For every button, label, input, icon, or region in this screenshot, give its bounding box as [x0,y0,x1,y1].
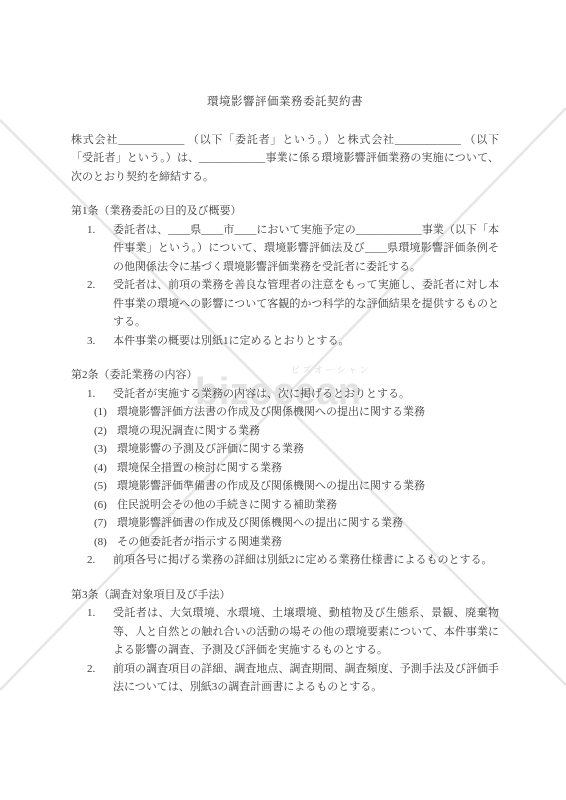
document-title: 環境影響評価業務委託契約書 [71,0,499,112]
article-3-heading: 第3条（調査対象項目及び手法） [71,586,499,605]
item-text: 本件事業の概要は別紙1に定めるとおりとする。 [113,332,499,351]
subitem-number: (7) [94,514,117,533]
article-2-subitem-6: (6) 住民説明会その他の手続きに関する補助業務 [71,496,499,515]
item-number: 1. [87,385,113,404]
article-1-heading: 第1条（業務委託の目的及び概要） [71,202,499,221]
article-2-subitem-3: (3) 環境影響の予測及び評価に関する業務 [71,440,499,459]
article-2-subitem-4: (4) 環境保全措置の検討に関する業務 [71,459,499,478]
subitem-number: (5) [94,477,117,496]
article-2-heading: 第2条（委託業務の内容） [71,366,499,385]
item-text: 受託者は、前項の業務を善良な管理者の注意をもって実施し、委託者に対し本件事業の環… [113,276,499,332]
subitem-number: (2) [94,422,117,441]
item-text: 前項の調査項目の詳細、調査地点、調査期間、調査頻度、予測手法及び評価手法について… [113,660,499,697]
subitem-text: 環境の現況調査に関する業務 [117,422,499,441]
subitem-text: その他委託者が指示する関連業務 [117,533,499,552]
article-2-subitem-5: (5) 環境影響評価準備書の作成及び関係機関への提出に関する業務 [71,477,499,496]
intro-paragraph: 株式会社____________ （以下「委託者」という。）と株式会社_____… [71,131,499,187]
article-2-subitem-2: (2) 環境の現況調査に関する業務 [71,422,499,441]
item-number: 3. [87,332,113,351]
article-2-subitem-8: (8) その他委託者が指示する関連業務 [71,533,499,552]
article-2-subitem-1: (1) 環境影響評価方法書の作成及び関係機関への提出に関する業務 [71,403,499,422]
item-text: 委託者は、____県____市____において実施予定の____________… [113,221,499,277]
article-2-item-1: 1. 受託者が実施する業務の内容は、次に掲げるとおりとする。 [71,385,499,404]
subitem-text: 環境影響の予測及び評価に関する業務 [117,440,499,459]
item-number: 1. [87,604,113,660]
article-2-item-2: 2. 前項各号に掲げる業務の詳細は別紙2に定める業務仕様書によるものとする。 [71,551,499,570]
subitem-text: 環境影響評価準備書の作成及び関係機関への提出に関する業務 [117,477,499,496]
subitem-number: (4) [94,459,117,478]
subitem-number: (6) [94,496,117,515]
subitem-text: 環境保全措置の検討に関する業務 [117,459,499,478]
subitem-text: 住民説明会その他の手続きに関する補助業務 [117,496,499,515]
item-number: 2. [87,660,113,697]
article-1: 第1条（業務委託の目的及び概要） 1. 委託者は、____県____市____に… [71,202,499,350]
article-1-item-3: 3. 本件事業の概要は別紙1に定めるとおりとする。 [71,332,499,351]
subitem-number: (8) [94,533,117,552]
item-text: 受託者は、大気環境、水環境、土壌環境、動植物及び生態系、景観、廃棄物等、人と自然… [113,604,499,660]
subitem-text: 環境影響評価方法書の作成及び関係機関への提出に関する業務 [117,403,499,422]
item-text: 前項各号に掲げる業務の詳細は別紙2に定める業務仕様書によるものとする。 [113,551,499,570]
article-3: 第3条（調査対象項目及び手法） 1. 受託者は、大気環境、水環境、土壌環境、動植… [71,586,499,697]
article-3-item-1: 1. 受託者は、大気環境、水環境、土壌環境、動植物及び生態系、景観、廃棄物等、人… [71,604,499,660]
article-1-item-1: 1. 委託者は、____県____市____において実施予定の_________… [71,221,499,277]
document-body: 環境影響評価業務委託契約書 株式会社____________ （以下「委託者」と… [71,0,499,697]
item-number: 1. [87,221,113,277]
item-text: 受託者が実施する業務の内容は、次に掲げるとおりとする。 [113,385,499,404]
article-3-item-2: 2. 前項の調査項目の詳細、調査地点、調査期間、調査頻度、予測手法及び評価手法に… [71,660,499,697]
article-2-subitem-7: (7) 環境影響評価書の作成及び関係機関への提出に関する業務 [71,514,499,533]
item-number: 2. [87,276,113,332]
contract-document-page: ビズオーシャン bizocean 環境影響評価業務委託契約書 株式会社_____… [0,0,566,800]
subitem-text: 環境影響評価書の作成及び関係機関への提出に関する業務 [117,514,499,533]
subitem-number: (1) [94,403,117,422]
item-number: 2. [87,551,113,570]
subitem-number: (3) [94,440,117,459]
article-2: 第2条（委託業務の内容） 1. 受託者が実施する業務の内容は、次に掲げるとおりと… [71,366,499,570]
article-1-item-2: 2. 受託者は、前項の業務を善良な管理者の注意をもって実施し、委託者に対し本件事… [71,276,499,332]
